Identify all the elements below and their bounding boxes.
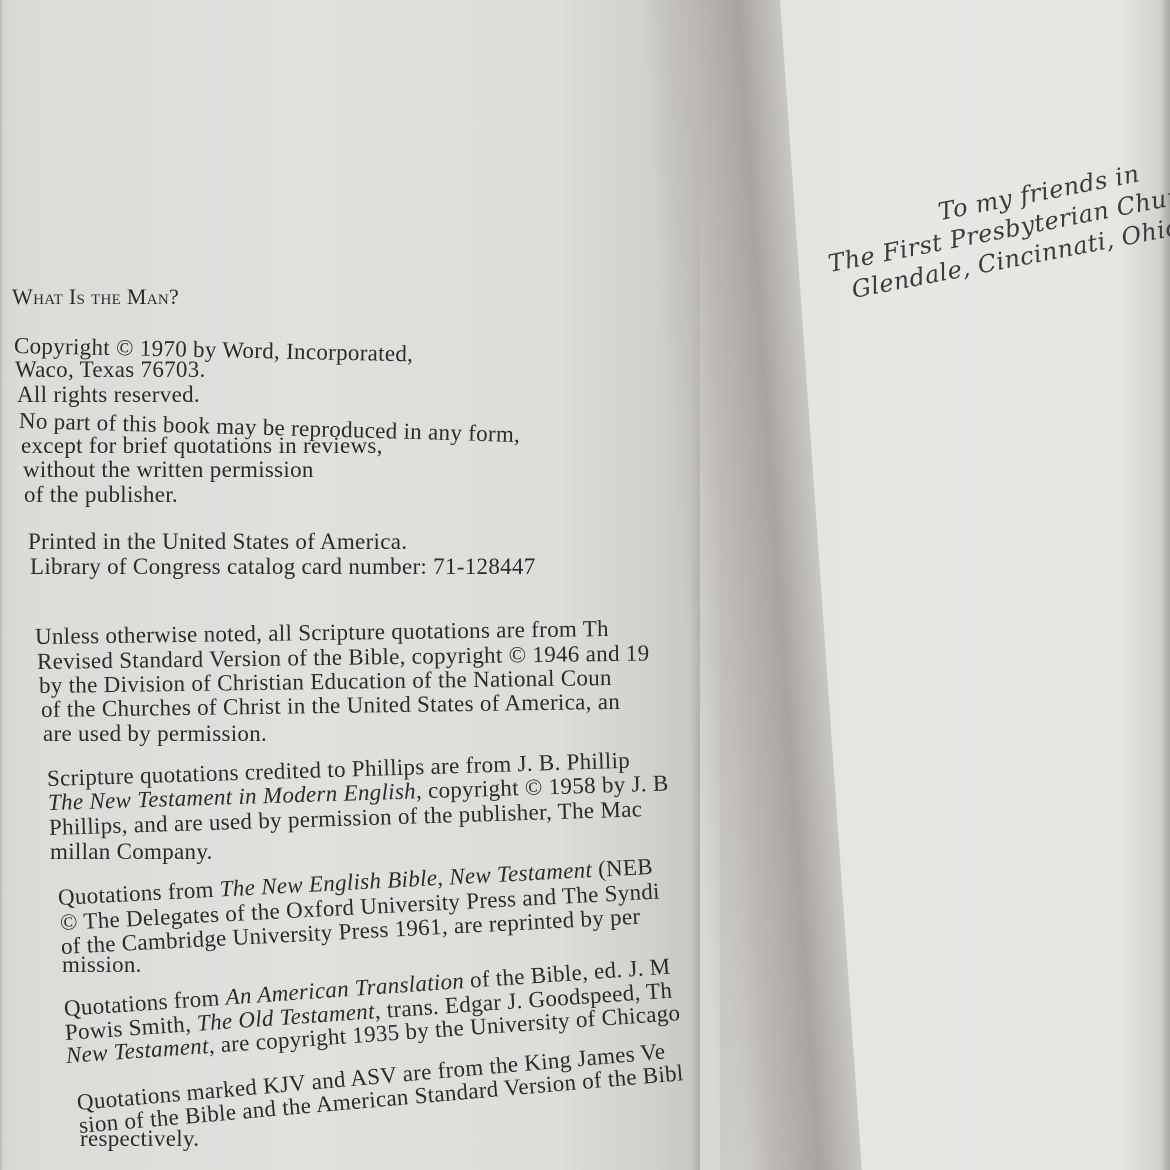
phillips-notice-line: millan Company. bbox=[50, 839, 213, 865]
copyright-line: Waco, Texas 76703. bbox=[15, 357, 206, 383]
text-span: (NEB bbox=[591, 854, 653, 882]
neb-notice-line: mission. bbox=[62, 952, 142, 978]
copyright-line: of the publisher. bbox=[24, 482, 178, 508]
copyright-line: except for brief quotations in reviews, bbox=[21, 433, 383, 459]
printed-in-line: Printed in the United States of America. bbox=[28, 529, 407, 555]
copyright-page: What Is the Man? Copyright © 1970 by Wor… bbox=[0, 0, 700, 1170]
book-title: What Is the Man? bbox=[12, 284, 179, 310]
rsv-notice-line: are used by permission. bbox=[43, 721, 267, 747]
copyright-line: without the written permission bbox=[23, 457, 314, 483]
copyright-line: All rights reserved. bbox=[17, 382, 200, 408]
kjv-asv-notice-line: respectively. bbox=[80, 1126, 199, 1152]
catalog-number-line: Library of Congress catalog card number:… bbox=[30, 554, 536, 580]
